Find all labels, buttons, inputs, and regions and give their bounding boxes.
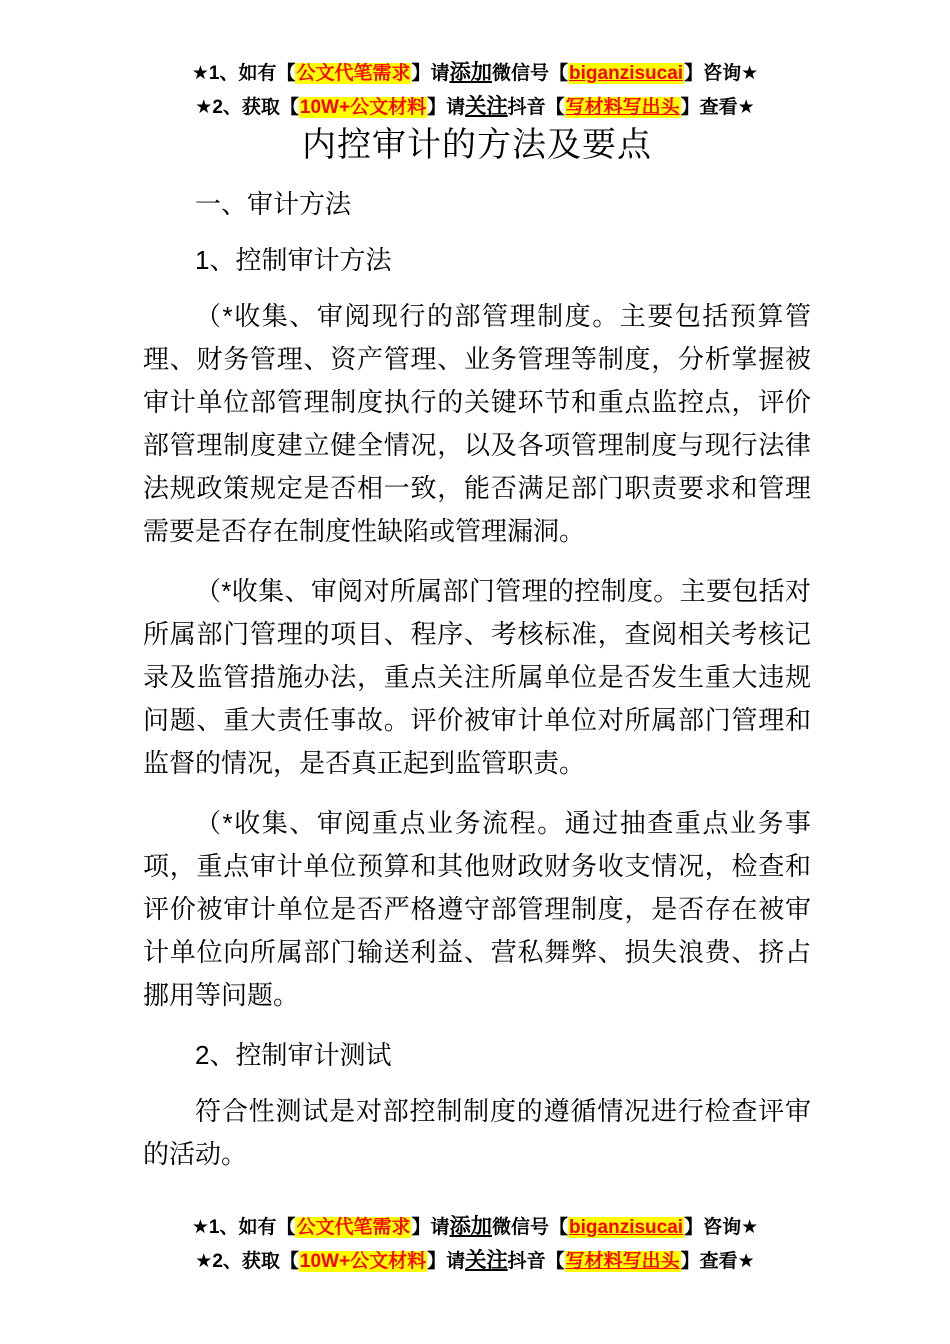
promo-highlighted-text: 10W+公文材料 [299,97,427,118]
body-paragraph: （*收集、审阅现行的部管理制度。主要包括预算管理、财务管理、资产管理、业务管理等… [143,295,811,553]
promo-text: 】请 [411,63,449,84]
promo-footer-line-2: ★2、获取【10W+公文材料】请关注抖音【写材料写出头】查看★ [0,1244,950,1278]
section-heading: 2、控制审计测试 [143,1034,811,1077]
section-heading: 一、审计方法 [143,183,811,226]
promo-header-line-2: ★2、获取【10W+公文材料】请关注抖音【写材料写出头】查看★ [0,90,950,124]
document-title: 内控审计的方法及要点 [143,121,811,169]
promo-underlined-text: 添加 [450,60,493,84]
promo-highlighted-text: 公文代笔需求 [295,63,411,84]
body-paragraph: （*收集、审阅重点业务流程。通过抽查重点业务事项，重点审计单位预算和其他财政财务… [143,802,811,1017]
promo-text: 】请 [427,97,465,118]
promo-text: ★2、获取【 [195,97,299,118]
promo-highlighted-underlined-text: biganzisucai [568,63,684,84]
promo-highlighted-underlined-text: 写材料写出头 [565,97,681,118]
promo-highlighted-underlined-text: 写材料写出头 [565,1251,681,1272]
promo-text: 微信号【 [492,63,568,84]
promo-highlighted-text: 10W+公文材料 [299,1251,427,1272]
document-body: 一、审计方法1、控制审计方法（*收集、审阅现行的部管理制度。主要包括预算管理、财… [143,183,811,1193]
promo-text: 】查看★ [681,1251,755,1272]
promo-text: 微信号【 [492,1217,568,1238]
promo-header-line-1: ★1、如有【公文代笔需求】请添加微信号【biganzisucai】咨询★ [0,56,950,90]
promo-underlined-text: 关注 [465,94,508,118]
promo-highlighted-underlined-text: biganzisucai [568,1217,684,1238]
promo-text: 抖音【 [508,1251,565,1272]
document-page: ★1、如有【公文代笔需求】请添加微信号【biganzisucai】咨询★ ★2、… [0,0,950,1344]
promo-text: ★1、如有【 [192,63,296,84]
promo-text: 】查看★ [681,97,755,118]
promo-text: ★2、获取【 [195,1251,299,1272]
promo-text: 】请 [411,1217,449,1238]
section-heading: 1、控制审计方法 [143,239,811,282]
promo-underlined-text: 添加 [450,1214,493,1238]
body-paragraph: 符合性测试是对部控制制度的遵循情况进行检查评审的活动。 [143,1090,811,1176]
body-paragraph: （*收集、审阅对所属部门管理的控制度。主要包括对所属部门管理的项目、程序、考核标… [143,570,811,785]
promo-text: 】咨询★ [684,63,758,84]
promo-text: 】咨询★ [684,1217,758,1238]
promo-text: ★1、如有【 [192,1217,296,1238]
promo-header: ★1、如有【公文代笔需求】请添加微信号【biganzisucai】咨询★ ★2、… [0,56,950,124]
promo-footer: ★1、如有【公文代笔需求】请添加微信号【biganzisucai】咨询★ ★2、… [0,1210,950,1278]
promo-highlighted-text: 公文代笔需求 [295,1217,411,1238]
promo-text: 】请 [427,1251,465,1272]
promo-underlined-text: 关注 [465,1248,508,1272]
promo-footer-line-1: ★1、如有【公文代笔需求】请添加微信号【biganzisucai】咨询★ [0,1210,950,1244]
promo-text: 抖音【 [508,97,565,118]
